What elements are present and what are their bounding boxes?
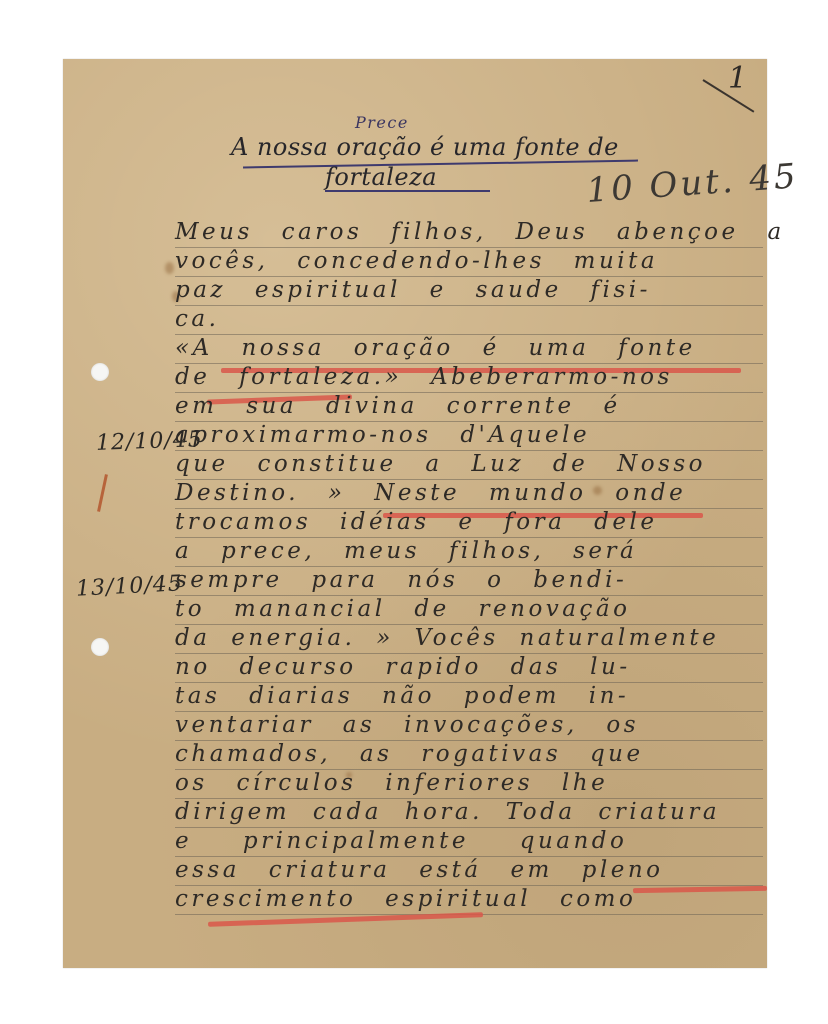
body-line: to manancial de renovação [175, 596, 630, 622]
body-line: vocês, concedendo-lhes muita [175, 248, 658, 274]
margin-date-2: 13/10/45 [75, 571, 183, 602]
title-line-2: fortaleza [325, 163, 437, 191]
body-line: essa criatura está em pleno [175, 857, 664, 883]
body-line: em sua divina corrente é [175, 393, 621, 419]
body-line: dirigem cada hora. Toda criatura [175, 799, 720, 825]
body-line: trocamos idéias e fora dele [175, 509, 657, 535]
body-line: sempre para nós o bendi- [175, 567, 627, 593]
stain [165, 262, 174, 274]
header-note: Prece [355, 113, 409, 132]
letter-date: 10 Out. 45 [585, 156, 800, 211]
manuscript-page: 1 Prece A nossa oração é uma fonte de fo… [63, 59, 767, 968]
body-line: da energia. » Vocês naturalmente [175, 625, 719, 651]
body-line: Destino. » Neste mundo onde [175, 480, 686, 506]
body-line: crescimento espiritual como [175, 886, 636, 912]
body-line: os círculos inferiores lhe [175, 770, 608, 796]
body-line: no decurso rapido das lu- [175, 654, 631, 680]
red-margin-tick [97, 474, 108, 512]
ruled-line [175, 305, 763, 306]
title-line-1: A nossa oração é uma fonte de [231, 133, 619, 161]
page-number: 1 [728, 61, 749, 96]
red-highlight [633, 886, 767, 893]
body-line: chamados, as rogativas que [175, 741, 644, 767]
body-line: que constitue a Luz de Nosso [175, 451, 706, 477]
body-line: ventariar as invocações, os [175, 712, 639, 738]
body-line: Meus caros filhos, Deus abençoe a [175, 219, 785, 245]
title-underline-2 [325, 190, 490, 192]
body-line: ca. [175, 306, 219, 332]
body-line: de fortaleza.» Abeberarmo-nos [175, 364, 673, 390]
body-line: e principalmente quando [175, 828, 627, 854]
body-line: paz espiritual e saude fisi- [175, 277, 651, 303]
body-line: aproximarmo-nos d'Aquele [175, 422, 590, 448]
body-line: tas diarias não podem in- [175, 683, 629, 709]
body-line: a prece, meus filhos, será [175, 538, 637, 564]
punch-hole-bottom [91, 638, 109, 656]
punch-hole-top [91, 363, 109, 381]
body-line: «A nossa oração é uma fonte [175, 335, 696, 361]
